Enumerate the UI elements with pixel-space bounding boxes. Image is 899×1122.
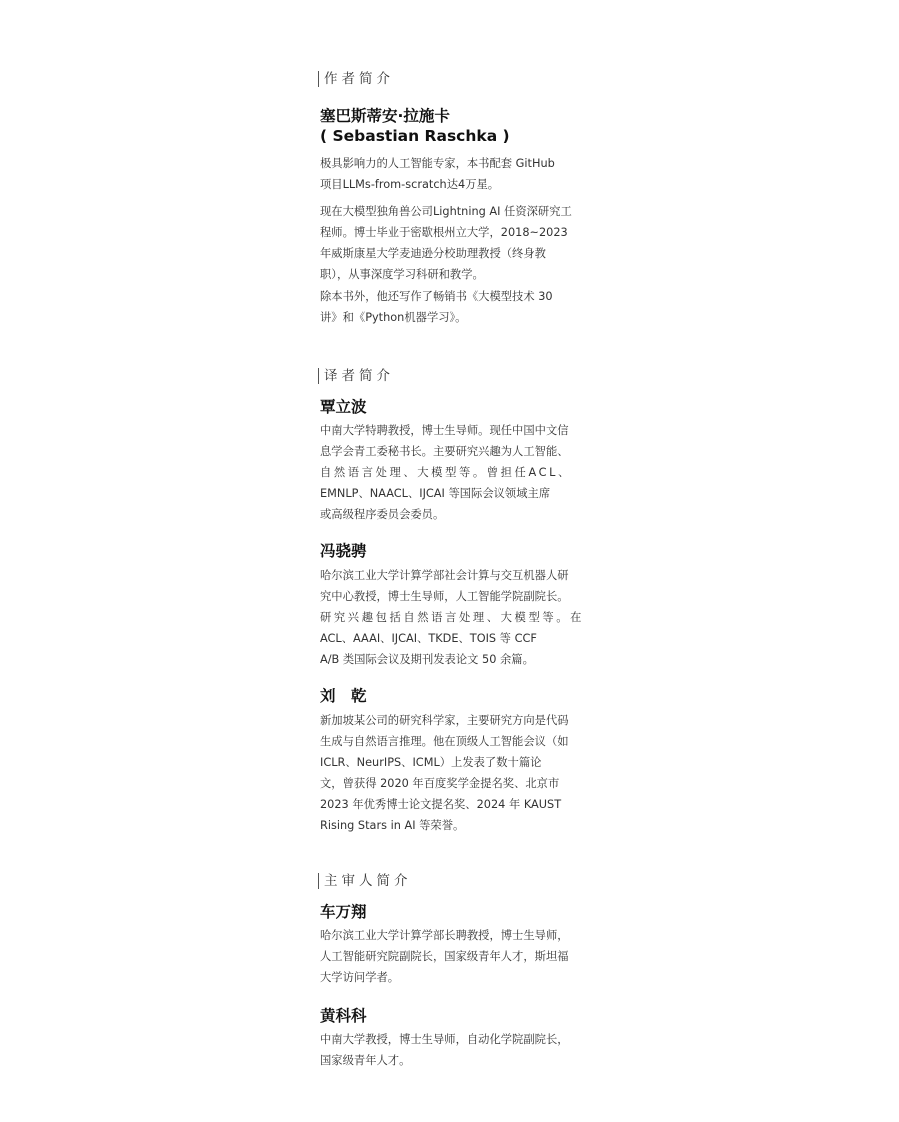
translator-bio-1: 中南大学特聘教授，博士生导师。现任中国中文信 息学会青工委秘书长。主要研究兴趣为… xyxy=(320,420,578,525)
translator-name-2: 冯骁骋 xyxy=(320,541,367,562)
text-line: 现在大模型独角兽公司Lightning AI 任资深研究工 xyxy=(320,201,578,222)
text-line: A/B 类国际会议及期刊发表论文 50 余篇。 xyxy=(320,649,578,670)
author-name-en: ( Sebastian Raschka ) xyxy=(320,126,510,147)
translator-bio-3: 新加坡某公司的研究科学家，主要研究方向是代码 生成与自然语言推理。他在顶级人工智… xyxy=(320,710,578,836)
text-line: 哈尔滨工业大学计算学部长聘教授，博士生导师， xyxy=(320,925,578,946)
text-line: 生成与自然语言推理。他在顶级人工智能会议（如 xyxy=(320,731,578,752)
author-bio-paragraph-1: 极具影响力的人工智能专家，本书配套 GitHub 项目LLMs-from-scr… xyxy=(320,153,578,195)
text-line: 除本书外，他还写作了畅销书《大模型技术 30 xyxy=(320,286,578,307)
reviewer-bio-1: 哈尔滨工业大学计算学部长聘教授，博士生导师， 人工智能研究院副院长，国家级青年人… xyxy=(320,925,578,988)
text-line: 新加坡某公司的研究科学家，主要研究方向是代码 xyxy=(320,710,578,731)
section-heading-reviewers: 主审人简介 xyxy=(318,873,412,889)
author-name-zh: 塞巴斯蒂安·拉施卡 xyxy=(320,106,450,127)
text-line: 研究兴趣包括自然语言处理、大模型等。在 xyxy=(320,607,578,628)
text-line: 国家级青年人才。 xyxy=(320,1050,578,1071)
text-line: 息学会青工委秘书长。主要研究兴趣为人工智能、 xyxy=(320,441,578,462)
translator-bio-2: 哈尔滨工业大学计算学部社会计算与交互机器人研 究中心教授，博士生导师，人工智能学… xyxy=(320,565,578,670)
text-line: 自然语言处理、大模型等。曾担任ACL、 xyxy=(320,462,578,483)
section-heading-translators: 译者简介 xyxy=(318,368,394,384)
text-line: ICLR、NeurIPS、ICML）上发表了数十篇论 xyxy=(320,752,578,773)
text-line: 哈尔滨工业大学计算学部社会计算与交互机器人研 xyxy=(320,565,578,586)
text-line: 项目LLMs-from-scratch达4万星。 xyxy=(320,174,578,195)
text-line: 究中心教授，博士生导师，人工智能学院副院长。 xyxy=(320,586,578,607)
text-line: 中南大学特聘教授，博士生导师。现任中国中文信 xyxy=(320,420,578,441)
text-line: 中南大学教授，博士生导师，自动化学院副院长， xyxy=(320,1029,578,1050)
translator-name-3: 刘 乾 xyxy=(320,686,367,707)
author-bio-paragraph-2: 现在大模型独角兽公司Lightning AI 任资深研究工 程师。博士毕业于密歇… xyxy=(320,201,578,285)
text-line: 讲》和《Python机器学习》。 xyxy=(320,307,578,328)
text-line: ACL、AAAI、IJCAI、TKDE、TOIS 等 CCF xyxy=(320,628,578,649)
text-line: 年威斯康星大学麦迪逊分校助理教授（终身教 xyxy=(320,243,578,264)
text-line: 极具影响力的人工智能专家，本书配套 GitHub xyxy=(320,153,578,174)
text-line: 程师。博士毕业于密歇根州立大学，2018~2023 xyxy=(320,222,578,243)
text-line: EMNLP、NAACL、IJCAI 等国际会议领域主席 xyxy=(320,483,578,504)
text-line: Rising Stars in AI 等荣誉。 xyxy=(320,815,578,836)
section-heading-author: 作者简介 xyxy=(318,71,394,87)
text-line: 文，曾获得 2020 年百度奖学金提名奖、北京市 xyxy=(320,773,578,794)
text-line: 职），从事深度学习科研和教学。 xyxy=(320,264,578,285)
text-line: 2023 年优秀博士论文提名奖、2024 年 KAUST xyxy=(320,794,578,815)
reviewer-bio-2: 中南大学教授，博士生导师，自动化学院副院长， 国家级青年人才。 xyxy=(320,1029,578,1071)
text-line: 人工智能研究院副院长，国家级青年人才，斯坦福 xyxy=(320,946,578,967)
reviewer-name-1: 车万翔 xyxy=(320,902,367,923)
text-line: 或高级程序委员会委员。 xyxy=(320,504,578,525)
translator-name-1: 覃立波 xyxy=(320,397,367,418)
text-line: 大学访问学者。 xyxy=(320,967,578,988)
author-bio-paragraph-3: 除本书外，他还写作了畅销书《大模型技术 30 讲》和《Python机器学习》。 xyxy=(320,286,578,328)
reviewer-name-2: 黄科科 xyxy=(320,1006,367,1027)
